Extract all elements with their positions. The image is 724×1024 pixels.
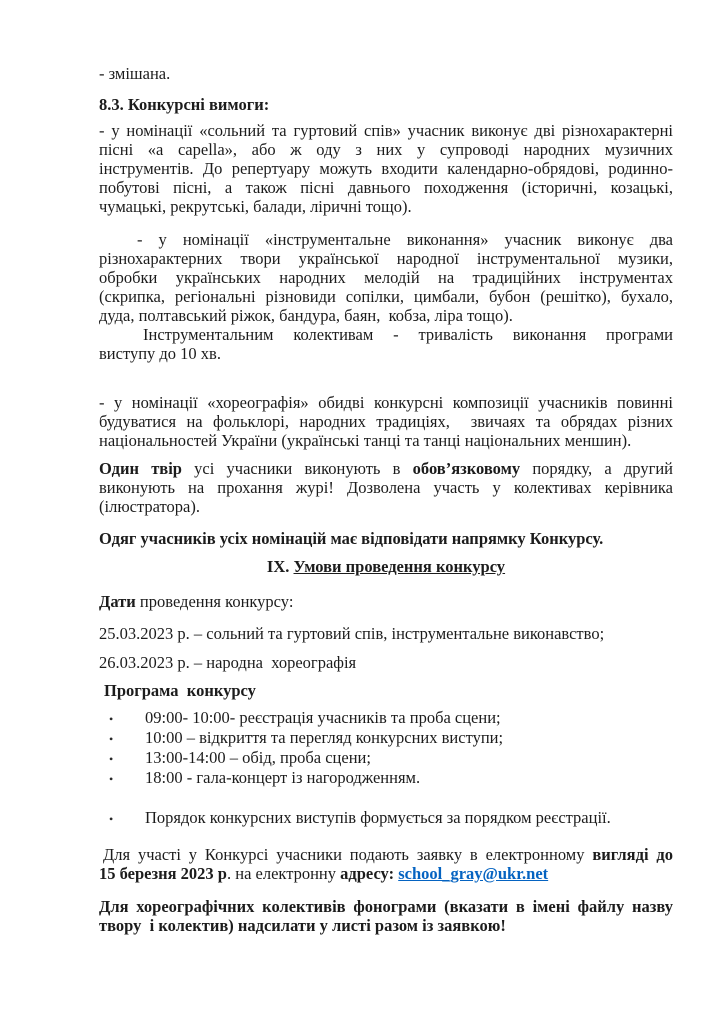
text-line: пісні «а capella», або ж оду з них у суп… (99, 140, 673, 159)
text-run: Дати (99, 592, 136, 611)
text-run: Для хореографічних колективів фонограми … (99, 897, 673, 916)
text-line: 15 березня 2023 р. на електронну адресу:… (99, 864, 673, 883)
program-item-registration: •09:00- 10:00- реєстрація учасників та п… (99, 708, 673, 728)
text-run: - у номінації «хореографія» обидві конку… (99, 393, 673, 412)
text-line: виступу до 10 хв. (99, 344, 673, 363)
text-run: Програма конкурсу (104, 681, 256, 700)
program-item-gala: •18:00 - гала-концерт із нагородженням. (99, 768, 673, 788)
text-line: різнохарактерних твори української народ… (99, 249, 673, 268)
bullet-icon: • (109, 729, 113, 749)
text-run: 8.3. Конкурсні вимоги: (99, 95, 269, 114)
email-link[interactable]: school_gray@ukr.net (398, 864, 548, 883)
text-run: будуватися на фольклорі, народних традиц… (99, 412, 673, 431)
text-line: Одяг учасників усіх номінацій має відпов… (99, 529, 673, 548)
text-run: 15 березня 2023 р (99, 864, 227, 883)
text-run: 25.03.2023 р. – сольний та гуртовий спів… (99, 624, 604, 643)
text-run: виконують на прохання журі! Дозволена уч… (99, 478, 673, 497)
text-line: національностей України (українські танц… (99, 431, 673, 450)
document-page: - змішана.8.3. Конкурсні вимоги:- у номі… (0, 0, 724, 1024)
text-line: 25.03.2023 р. – сольний та гуртовий спів… (99, 624, 673, 643)
text-line: 8.3. Конкурсні вимоги: (99, 95, 673, 114)
text-run: національностей України (українські танц… (99, 431, 631, 450)
text-run: усі учасники виконують в (182, 459, 413, 478)
text-run: 09:00- 10:00- реєстрація учасників та пр… (145, 708, 501, 727)
program-item-opening: •10:00 – відкриття та перегляд конкурсни… (99, 728, 673, 748)
text-line: Дати проведення конкурсу: (99, 592, 673, 611)
text-run: адресу: (340, 864, 398, 883)
text-run: обробки українських народних мелодій на … (99, 268, 673, 287)
text-run: - у номінації «інструментальне виконання… (137, 230, 673, 249)
text-line: - у номінації «хореографія» обидві конку… (99, 393, 673, 412)
text-run: проведення конкурсу: (136, 592, 294, 611)
order-note: •Порядок конкурсних виступів формується … (99, 808, 673, 828)
paragraph-application: Для участі у Конкурсі учасники подають з… (99, 845, 673, 883)
paragraph-dress-code: Одяг учасників усіх номінацій має відпов… (99, 529, 673, 548)
text-run: обов’язковому (413, 459, 520, 478)
text-line: Для хореографічних колективів фонограми … (99, 897, 673, 916)
text-run: Для участі у Конкурсі учасники подають з… (103, 845, 592, 864)
text-run: (ілюстратора). (99, 497, 200, 516)
text-run: - змішана. (99, 64, 170, 83)
text-run: порядку, а другий (520, 459, 673, 478)
paragraph-date-2: 26.03.2023 р. – народна хореографія (99, 653, 673, 672)
text-line: (ілюстратора). (99, 497, 673, 516)
text-line: обробки українських народних мелодій на … (99, 268, 673, 287)
text-line: - змішана. (99, 64, 673, 83)
text-run: дуда, полтавський ріжок, бандура, баян, … (99, 306, 513, 325)
text-run: . на електронну (227, 864, 340, 883)
text-line: чумацькі, рекрутські, балади, ліричні то… (99, 197, 673, 216)
paragraph-date-1: 25.03.2023 р. – сольний та гуртовий спів… (99, 624, 673, 643)
text-line: 18:00 - гала-концерт із нагородженням. (145, 768, 673, 788)
text-line: інструментів. До репертуару можуть входи… (99, 159, 673, 178)
text-run: побутові пісні, а також пісні давнього п… (99, 178, 673, 197)
paragraph-instrumental-nomination: - у номінації «інструментальне виконання… (99, 230, 673, 363)
text-run: (скрипка, регіональні різновиди сопілки,… (99, 287, 673, 306)
text-line: Один твір усі учасники виконують в обов’… (99, 459, 673, 478)
text-line: будуватися на фольклорі, народних традиц… (99, 412, 673, 431)
text-line: (скрипка, регіональні різновиди сопілки,… (99, 287, 673, 306)
text-run: 13:00-14:00 – обід, проба сцени; (145, 748, 371, 767)
text-run: виступу до 10 хв. (99, 344, 221, 363)
text-line: Порядок конкурсних виступів формується з… (145, 808, 673, 828)
text-line: Програма конкурсу (99, 681, 673, 700)
text-run: Одяг учасників усіх номінацій має відпов… (99, 529, 603, 548)
text-line: твору і колектив) надсилати у листі разо… (99, 916, 673, 935)
text-line: виконують на прохання журі! Дозволена уч… (99, 478, 673, 497)
text-run: - у номінації «сольний та гуртовий спів»… (99, 121, 673, 140)
text-run: інструментів. До репертуару можуть входи… (99, 159, 673, 178)
text-line: - у номінації «сольний та гуртовий спів»… (99, 121, 673, 140)
text-line: 13:00-14:00 – обід, проба сцени; (145, 748, 673, 768)
section-heading-ix: IX. Умови проведення конкурсу (99, 557, 673, 576)
text-run: 26.03.2023 р. – народна хореографія (99, 653, 356, 672)
text-run: 10:00 – відкриття та перегляд конкурсних… (145, 728, 503, 747)
text-line: 26.03.2023 р. – народна хореографія (99, 653, 673, 672)
bullet-icon: • (109, 709, 113, 729)
paragraph-dates-label: Дати проведення конкурсу: (99, 592, 673, 611)
text-run: різнохарактерних твори української народ… (99, 249, 673, 268)
text-line: Інструментальним колективам - тривалість… (99, 325, 673, 344)
text-run: Умови проведення конкурсу (294, 557, 506, 576)
paragraph-mandatory-piece: Один твір усі учасники виконують в обов’… (99, 459, 673, 516)
text-run: вигляді до (592, 845, 673, 864)
paragraph-vocal-nomination: - у номінації «сольний та гуртовий спів»… (99, 121, 673, 216)
bullet-icon: • (109, 769, 113, 789)
text-line: побутові пісні, а також пісні давнього п… (99, 178, 673, 197)
text-line: Для участі у Конкурсі учасники подають з… (99, 845, 673, 864)
text-line: - у номінації «інструментальне виконання… (99, 230, 673, 249)
paragraph-phonograms: Для хореографічних колективів фонограми … (99, 897, 673, 935)
paragraph-mixed-type: - змішана. (99, 64, 673, 83)
text-run: Інструментальним колективам - тривалість… (143, 325, 673, 344)
text-run: Порядок конкурсних виступів формується з… (145, 808, 611, 827)
text-run: IX. (267, 557, 294, 576)
program-heading: Програма конкурсу (99, 681, 673, 700)
text-run: 18:00 - гала-концерт із нагородженням. (145, 768, 420, 787)
paragraph-choreography-nomination: - у номінації «хореографія» обидві конку… (99, 393, 673, 450)
text-line: дуда, полтавський ріжок, бандура, баян, … (99, 306, 673, 325)
bullet-icon: • (109, 809, 113, 829)
text-run: твору і колектив) надсилати у листі разо… (99, 916, 506, 935)
text-run: пісні «а capella», або ж оду з них у суп… (99, 140, 673, 159)
text-run: Один твір (99, 459, 182, 478)
bullet-icon: • (109, 749, 113, 769)
text-run: чумацькі, рекрутські, балади, ліричні то… (99, 197, 412, 216)
text-line: IX. Умови проведення конкурсу (99, 557, 673, 576)
text-line: 09:00- 10:00- реєстрація учасників та пр… (145, 708, 673, 728)
text-line: 10:00 – відкриття та перегляд конкурсних… (145, 728, 673, 748)
section-heading-8-3: 8.3. Конкурсні вимоги: (99, 95, 673, 114)
program-item-lunch: •13:00-14:00 – обід, проба сцени; (99, 748, 673, 768)
